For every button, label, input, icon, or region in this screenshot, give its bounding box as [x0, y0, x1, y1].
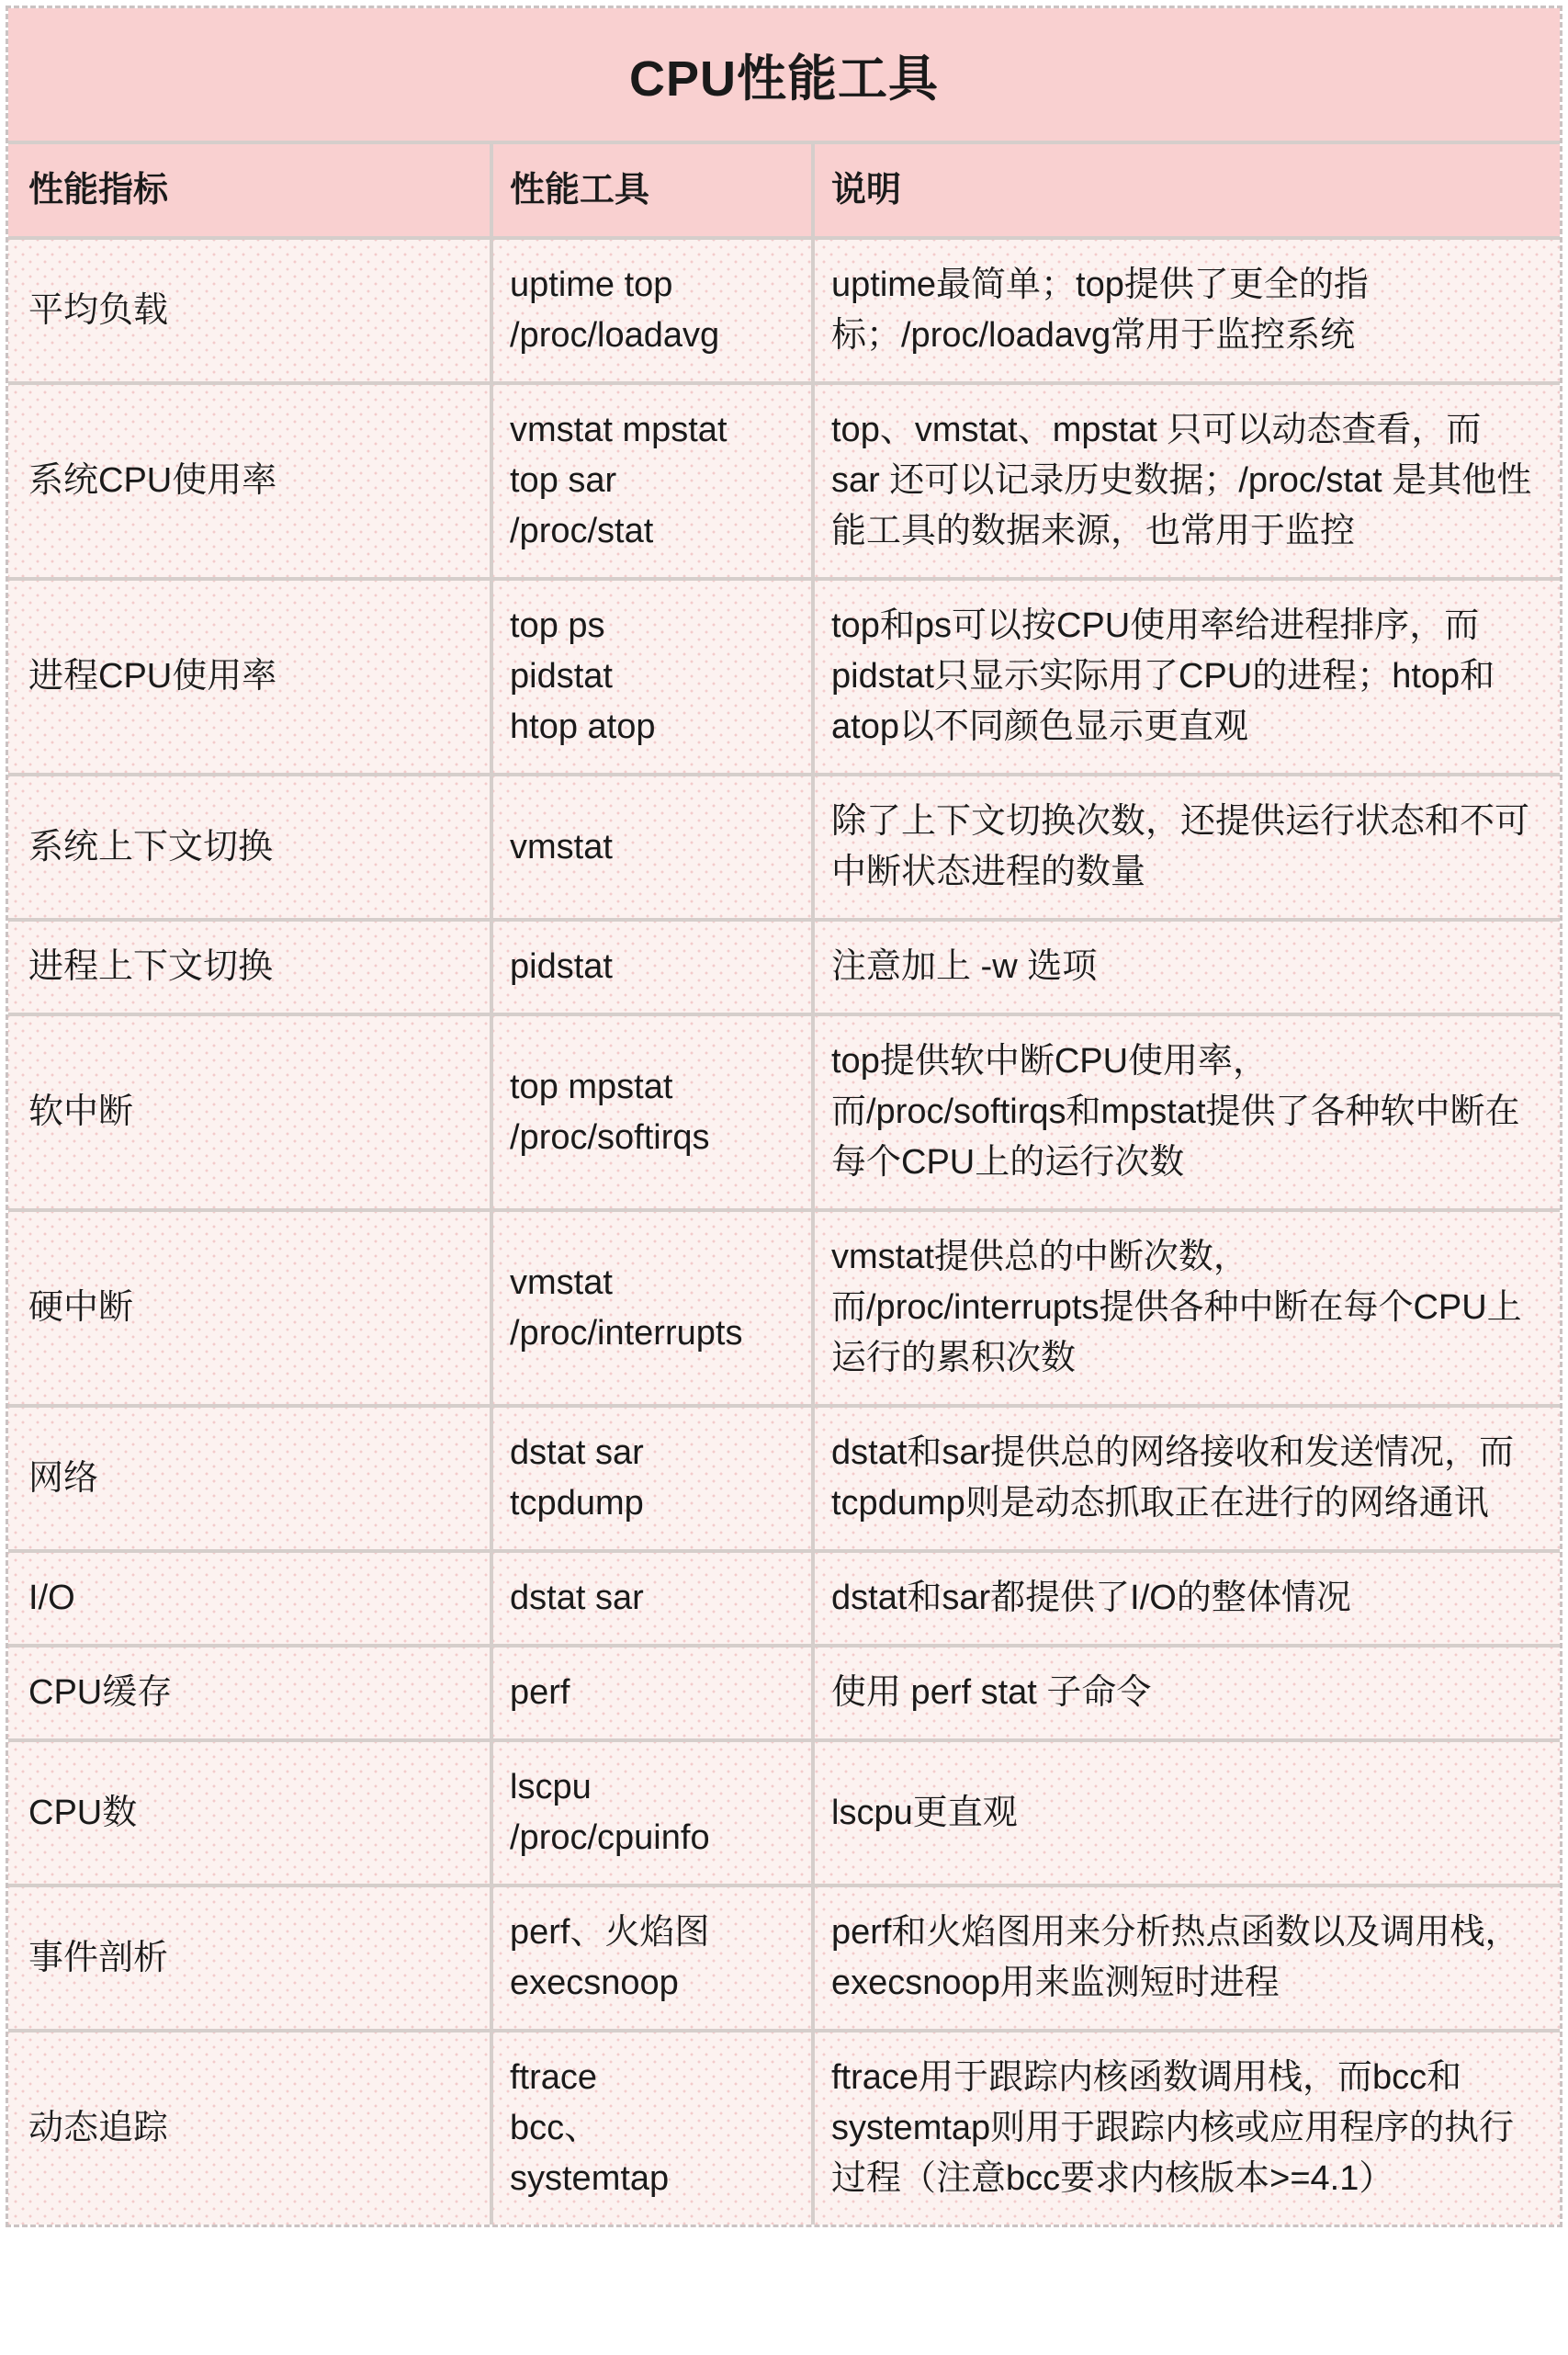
table-header-row: 性能指标 性能工具 说明 — [8, 141, 1560, 236]
metric-cell: 动态追踪 — [8, 2032, 493, 2225]
table-row: 系统上下文切换 vmstat 除了上下文切换次数，还提供运行状态和不可中断状态进… — [8, 773, 1560, 918]
table-row: 硬中断 vmstat /proc/interrupts vmstat提供总的中断… — [8, 1208, 1560, 1404]
description-cell: 除了上下文切换次数，还提供运行状态和不可中断状态进程的数量 — [815, 776, 1560, 918]
column-header-tools: 性能工具 — [493, 144, 815, 236]
metric-cell: CPU数 — [8, 1742, 493, 1884]
tools-cell: lscpu /proc/cpuinfo — [493, 1742, 815, 1884]
table-row: 进程上下文切换 pidstat 注意加上 -w 选项 — [8, 918, 1560, 1013]
column-header-description: 说明 — [815, 144, 1560, 236]
tools-cell: vmstat mpstat top sar /proc/stat — [493, 385, 815, 577]
description-cell: top、vmstat、mpstat 只可以动态查看，而 sar 还可以记录历史数… — [815, 385, 1560, 577]
description-cell: lscpu更直观 — [815, 1742, 1560, 1884]
table-row: 平均负载 uptime top /proc/loadavg uptime最简单；… — [8, 236, 1560, 381]
description-cell: perf和火焰图用来分析热点函数以及调用栈，execsnoop用来监测短时进程 — [815, 1887, 1560, 2029]
metric-cell: 硬中断 — [8, 1212, 493, 1404]
tools-cell: perf — [493, 1647, 815, 1738]
description-cell: dstat和sar提供总的网络接收和发送情况，而tcpdump则是动态抓取正在进… — [815, 1408, 1560, 1549]
description-cell: vmstat提供总的中断次数， 而/proc/interrupts提供各种中断在… — [815, 1212, 1560, 1404]
metric-cell: I/O — [8, 1553, 493, 1644]
tools-cell: dstat sar — [493, 1553, 815, 1644]
table-row: 系统CPU使用率 vmstat mpstat top sar /proc/sta… — [8, 381, 1560, 577]
table-row: CPU数 lscpu /proc/cpuinfo lscpu更直观 — [8, 1738, 1560, 1884]
tools-cell: top mpstat /proc/softirqs — [493, 1016, 815, 1208]
tools-cell: vmstat — [493, 776, 815, 918]
tools-cell: vmstat /proc/interrupts — [493, 1212, 815, 1404]
tools-cell: dstat sar tcpdump — [493, 1408, 815, 1549]
page: CPU性能工具 性能指标 性能工具 说明 平均负载 uptime top /pr… — [0, 0, 1568, 2355]
table-row: I/O dstat sar dstat和sar都提供了I/O的整体情况 — [8, 1549, 1560, 1644]
tools-cell: uptime top /proc/loadavg — [493, 240, 815, 381]
table-title: CPU性能工具 — [8, 8, 1560, 141]
description-cell: uptime最简单；top提供了更全的指标；/proc/loadavg常用于监控… — [815, 240, 1560, 381]
metric-cell: 系统CPU使用率 — [8, 385, 493, 577]
metric-cell: 进程上下文切换 — [8, 922, 493, 1013]
column-header-metric: 性能指标 — [8, 144, 493, 236]
description-cell: ftrace用于跟踪内核函数调用栈，而bcc和systemtap则用于跟踪内核或… — [815, 2032, 1560, 2225]
description-cell: top提供软中断CPU使用率， 而/proc/softirqs和mpstat提供… — [815, 1016, 1560, 1208]
cpu-tools-table: CPU性能工具 性能指标 性能工具 说明 平均负载 uptime top /pr… — [6, 6, 1562, 2227]
description-cell: 使用 perf stat 子命令 — [815, 1647, 1560, 1738]
metric-cell: 软中断 — [8, 1016, 493, 1208]
table-row: 动态追踪 ftrace bcc、 systemtap ftrace用于跟踪内核函… — [8, 2029, 1560, 2225]
metric-cell: 系统上下文切换 — [8, 776, 493, 918]
table-row: 软中断 top mpstat /proc/softirqs top提供软中断CP… — [8, 1013, 1560, 1208]
metric-cell: CPU缓存 — [8, 1647, 493, 1738]
tools-cell: perf、火焰图 execsnoop — [493, 1887, 815, 2029]
tools-cell: pidstat — [493, 922, 815, 1013]
metric-cell: 进程CPU使用率 — [8, 581, 493, 773]
table-row: 事件剖析 perf、火焰图 execsnoop perf和火焰图用来分析热点函数… — [8, 1884, 1560, 2029]
table-body: 平均负载 uptime top /proc/loadavg uptime最简单；… — [8, 236, 1560, 2225]
metric-cell: 事件剖析 — [8, 1887, 493, 2029]
tools-cell: ftrace bcc、 systemtap — [493, 2032, 815, 2225]
description-cell: top和ps可以按CPU使用率给进程排序，而pidstat只显示实际用了CPU的… — [815, 581, 1560, 773]
metric-cell: 网络 — [8, 1408, 493, 1549]
table-row: 进程CPU使用率 top ps pidstat htop atop top和ps… — [8, 577, 1560, 773]
description-cell: 注意加上 -w 选项 — [815, 922, 1560, 1013]
metric-cell: 平均负载 — [8, 240, 493, 381]
table-row: CPU缓存 perf 使用 perf stat 子命令 — [8, 1644, 1560, 1738]
tools-cell: top ps pidstat htop atop — [493, 581, 815, 773]
table-row: 网络 dstat sar tcpdump dstat和sar提供总的网络接收和发… — [8, 1404, 1560, 1549]
description-cell: dstat和sar都提供了I/O的整体情况 — [815, 1553, 1560, 1644]
